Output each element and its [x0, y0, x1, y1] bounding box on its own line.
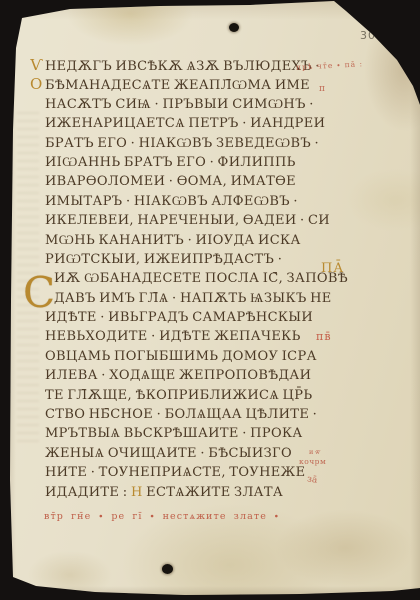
text-line: имытаръ · ніакѡвъ алфеѡвъ ·	[45, 192, 321, 211]
text-line: те гл̄ѫще, ѣкоприближисѧ цр̄ь	[45, 386, 321, 405]
line-text: овцамь погыбшимь домоу ісра	[45, 349, 317, 364]
text-line: идѣте · ивьградъ самарѣнскыи	[45, 308, 321, 327]
line-text: ство нб̄сное · болѧщаа цѣлите ·	[45, 407, 317, 422]
text-line: илева · ходѧще жепроповѣдаи	[45, 366, 321, 385]
text-line: иженарицаетсѧ петръ · иандреи	[45, 114, 321, 133]
text-line: мрътвыѧ вьскрѣшаите · прока	[45, 424, 321, 443]
line-text: те гл̄ѫще, ѣкоприближисѧ цр̄ь	[45, 388, 312, 403]
text-line: мѡнь кананитъ · иіоуда иска	[45, 231, 321, 250]
line-text: иѫ ѡбанадесете посла іс̄, заповѣ	[54, 271, 348, 286]
line-text: насѫтъ сиѩ · пръвыи симѡнъ ·	[45, 97, 314, 112]
line-text: мрътвыѧ вьскрѣшаите · прока	[45, 426, 303, 441]
text-line: женыѧ очищаите · бѣсыизго	[45, 444, 321, 463]
line-text: иіѡаннь братъ его · филиппь	[45, 155, 296, 170]
line-text: женыѧ очищаите · бѣсыизго	[45, 446, 292, 461]
line-text-after: естѧжите злата	[143, 485, 283, 500]
text-line: иѫ ѡбанадесете посла іс̄, заповѣ	[45, 269, 321, 288]
line-text-after: бѣманадесѧте жеапл̄ѡма име	[45, 78, 310, 93]
text-line: братъ его · ніакѡвъ зеведеѡвъ ·	[45, 134, 321, 153]
margin-rubric-top-right-2: п	[319, 84, 325, 94]
text-line: иварѳоломеи · ѳома, иматѳе	[45, 172, 321, 191]
text-line: овцамь погыбшимь домоу ісра	[45, 347, 321, 366]
line-gold-initial: н	[131, 485, 143, 500]
text-line: икелевеи, нареченыи, ѳадеи · си	[45, 211, 321, 230]
text-line: обѣманадесѧте жеапл̄ѡма име	[45, 75, 321, 94]
line-text: илева · ходѧще жепроповѣдаи	[45, 368, 311, 383]
text-line: невьходите · идѣте жепачекь	[45, 327, 321, 346]
margin-note-right-1: и ѿ̄	[309, 448, 320, 456]
line-text-after: недѫгъ ивсѣкѫ ѧзѫ вълюдехъ ·	[45, 59, 320, 74]
wormhole-bottom	[162, 564, 173, 574]
line-text: мѡнь кананитъ · иіоуда иска	[45, 233, 301, 248]
text-line: ѵнедѫгъ ивсѣкѫ ѧзѫ вълюдехъ ·	[45, 56, 321, 75]
text-line: давъ имъ гл̄ѧ · напѫть ѩзыкъ не	[45, 289, 321, 308]
margin-note-right-2: кочрм	[299, 457, 326, 466]
section-number-gold: па̄	[321, 261, 344, 276]
wormhole-top	[229, 23, 239, 32]
line-text: риѡтскыи, ижеипрѣдастъ ·	[45, 252, 282, 267]
line-text: ните · тоунеприѧсте, тоунеже	[45, 465, 305, 480]
line-text: давъ имъ гл̄ѧ · напѫть ѩзыкъ не	[54, 291, 332, 306]
folio-number: 30	[360, 29, 376, 42]
margin-note-right-3: за̄	[306, 474, 318, 485]
line-text: иварѳоломеи · ѳома, иматѳе	[45, 174, 296, 189]
line-text: невьходите · идѣте жепачекь	[45, 329, 301, 344]
main-text-block: ѵнедѫгъ ивсѣкѫ ѧзѫ вълюдехъ · обѣманадес…	[45, 56, 321, 502]
initial-letter-s: с	[23, 272, 55, 314]
manuscript-page: 30 ѵнедѫгъ ивсѣкѫ ѧзѫ вълюдехъ · обѣмана…	[0, 0, 420, 600]
text-line: риѡтскыи, ижеипрѣдастъ ·	[45, 250, 321, 269]
line-text: имытаръ · ніакѡвъ алфеѡвъ ·	[45, 194, 298, 209]
line-text: иженарицаетсѧ петръ · иандреи	[45, 116, 325, 131]
line-text: икелевеи, нареченыи, ѳадеи · си	[45, 213, 330, 228]
line-text: братъ его · ніакѡвъ зеведеѡвъ ·	[45, 136, 319, 151]
text-line: иіѡаннь братъ его · филиппь	[45, 153, 321, 172]
line-text: идадите :	[45, 485, 131, 500]
section-number-red: пв̄	[316, 330, 332, 343]
bottom-rubric: вт̄р гн̄е ∙ ре гі̄ ∙ нестѧжите злате ∙	[44, 511, 280, 522]
text-line: ство нб̄сное · болѧщаа цѣлите ·	[45, 405, 321, 424]
text-line: ните · тоунеприѧсте, тоунеже	[45, 463, 321, 482]
text-line: идадите : н естѧжите злата	[45, 483, 321, 502]
line-text: идѣте · ивьградъ самарѣнскыи	[45, 310, 313, 325]
text-line: насѫтъ сиѩ · пръвыи симѡнъ ·	[45, 95, 321, 114]
